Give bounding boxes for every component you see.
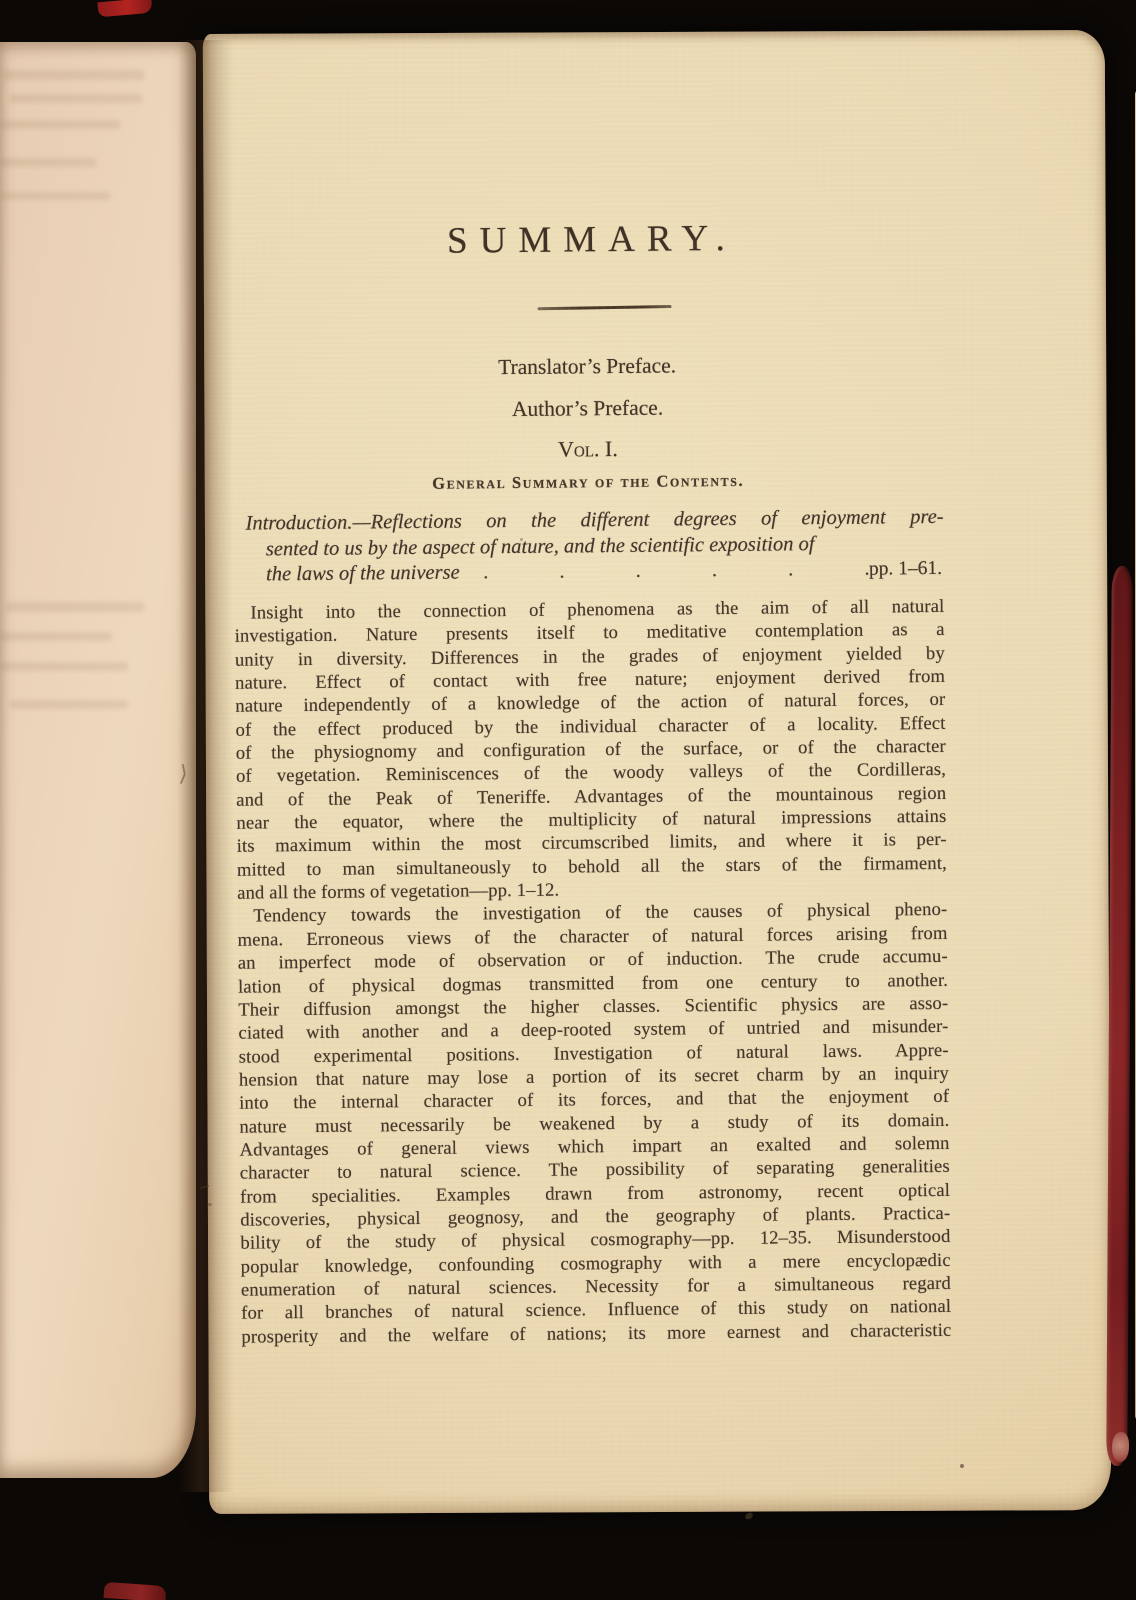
cover-edge-bottom (104, 1582, 167, 1600)
page-showthrough (10, 700, 128, 709)
front-matter-item: Translator’s Preface. (232, 351, 942, 383)
front-matter-list: Translator’s Preface.Author’s Preface. (232, 351, 943, 425)
cover-edge-right (1106, 566, 1132, 1466)
summary-paragraph: Insight into the connection of phenomena… (234, 595, 947, 905)
page-showthrough (4, 70, 144, 80)
volume-heading: Vol. I. (233, 433, 943, 466)
introduction-entry: Introduction.—Reflections on the differe… (233, 505, 944, 588)
page-showthrough (10, 94, 142, 103)
page-showthrough (0, 192, 110, 200)
intro-line-text: the laws of the universe (266, 561, 460, 588)
cover-fray (1112, 1432, 1129, 1462)
summary-paragraph: Tendency towards the investigation of th… (237, 898, 951, 1348)
front-matter-item: Author’s Preface. (232, 393, 942, 425)
book-page: SUMMARY. Translator’s Preface.Author’s P… (203, 30, 1111, 1514)
facing-page (0, 42, 196, 1478)
book-photo: ⟩ SUMMARY. Translator’s Preface.Author’s… (0, 0, 1136, 1600)
dot-leader: . . . . . . (460, 557, 870, 586)
intro-line: the laws of the universe . . . . . . pp.… (234, 556, 944, 588)
page-speck (744, 1512, 754, 1520)
summary-body: Insight into the connection of phenomena… (234, 595, 951, 1349)
page-ref: pp. 1–61. (869, 556, 944, 582)
page-showthrough (6, 602, 144, 612)
contents-heading: General Summary of the Contents. (233, 469, 943, 496)
page-showthrough (0, 158, 96, 167)
title-rule (538, 305, 672, 310)
page-content: SUMMARY. Translator’s Preface.Author’s P… (229, 29, 953, 1516)
page-showthrough (0, 120, 120, 129)
page-showthrough (0, 632, 112, 641)
page-showthrough (0, 662, 128, 671)
cover-edge-top (97, 0, 152, 17)
page-title: SUMMARY. (231, 215, 941, 265)
